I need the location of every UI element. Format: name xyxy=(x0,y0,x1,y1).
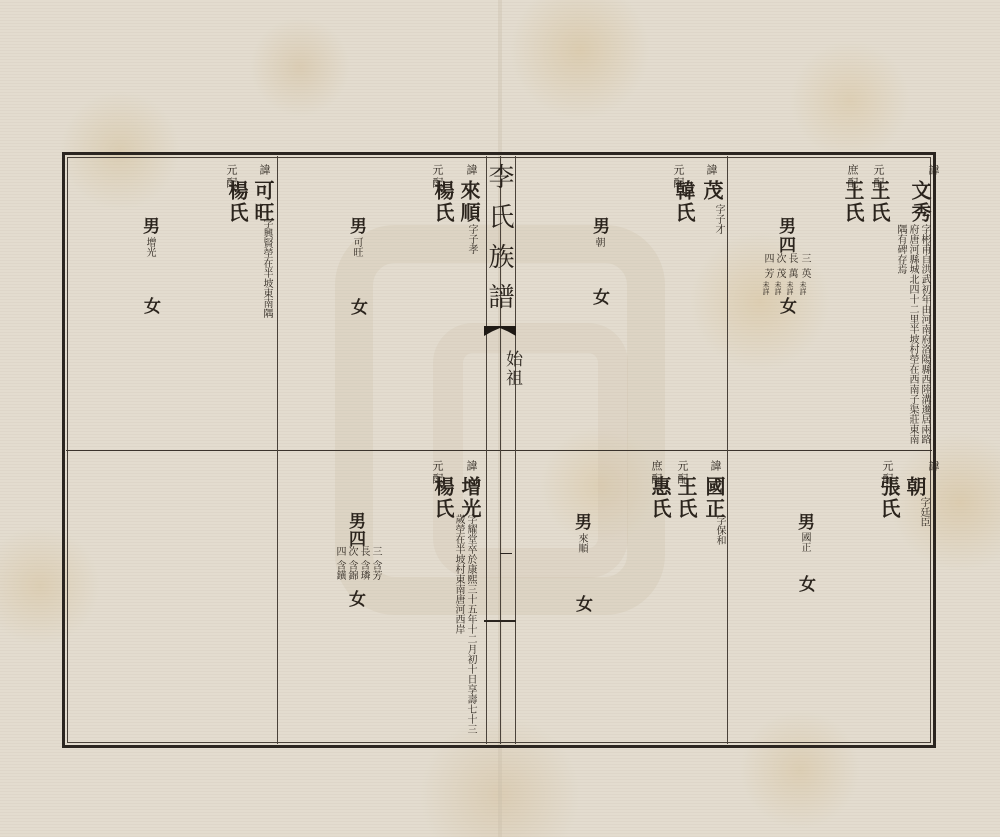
son-name: 含錦 xyxy=(346,560,356,580)
document-title: 李氏族譜 xyxy=(486,163,512,323)
spouse-name: 王氏 xyxy=(869,180,889,224)
person-note-col-1: 字彬甫自洪武初年由河南府洛陽縣西陸溝遷居兩路 xyxy=(919,224,929,444)
son-rank: 三 xyxy=(370,546,380,556)
hui-label: 諱 xyxy=(466,460,477,473)
sons-label: 男 xyxy=(140,217,157,234)
person-courtesy: 字廷臣 xyxy=(918,497,928,527)
son-name: 含芳 xyxy=(370,560,380,580)
spouse-name: 楊氏 xyxy=(433,180,453,224)
sons-label: 男 xyxy=(346,512,363,529)
spouse-name: 張氏 xyxy=(879,476,899,520)
hui-label: 諱 xyxy=(928,164,939,177)
son-rank: 次 xyxy=(774,253,784,263)
row-divider xyxy=(66,450,932,451)
son-name: 英 xyxy=(799,268,809,278)
son-name: 茂 xyxy=(774,268,784,278)
son-name: 朝 xyxy=(593,237,603,247)
person-note-col-2: 府唐河縣城北四十二里半坡村塋在西南子渠莊東南 xyxy=(907,224,917,444)
person-note-col-2: 歲塋在半坡村東南唐河西岸 xyxy=(453,514,463,634)
son-name: 國正 xyxy=(799,532,809,552)
son-note: 未詳 xyxy=(799,281,806,295)
person-note-col-3: 隅有碑存焉 xyxy=(895,224,905,274)
spouse-name: 韓氏 xyxy=(674,180,694,224)
sons-label: 男 xyxy=(776,217,793,234)
person-name: 朝 xyxy=(905,476,925,498)
person-courtesy: 字保和 xyxy=(714,515,724,545)
person-name: 來順 xyxy=(459,180,479,224)
son-note: 未詳 xyxy=(762,281,769,295)
son-rank: 長 xyxy=(786,253,796,263)
hui-label: 諱 xyxy=(466,164,477,177)
person-courtesy: 字子孝 xyxy=(466,224,476,254)
son-rank: 長 xyxy=(358,546,368,556)
daughters-label: 女 xyxy=(141,297,158,314)
person-courtesy: 字子才 xyxy=(713,204,723,234)
son-note: 未詳 xyxy=(774,281,781,295)
son-note: 未詳 xyxy=(786,281,793,295)
spouse-name: 楊氏 xyxy=(433,476,453,520)
son-name: 可旺 xyxy=(351,237,361,257)
page-bottom-rule xyxy=(484,620,516,622)
daughters-label: 女 xyxy=(348,298,365,315)
son-name: 來順 xyxy=(576,533,586,553)
hui-label: 諱 xyxy=(928,460,939,473)
sons-count: 四 xyxy=(776,236,793,253)
spouse-name: 王氏 xyxy=(676,476,696,520)
son-name: 芳 xyxy=(762,268,772,278)
son-name: 含璘 xyxy=(358,560,368,580)
person-note: 字興賢塋在半坡東南隅 xyxy=(261,218,271,318)
page-number-mark xyxy=(500,553,512,554)
person-name: 茂 xyxy=(702,180,722,202)
son-name: 萬 xyxy=(786,268,796,278)
sons-count: 四 xyxy=(346,530,363,547)
sons-label: 男 xyxy=(572,513,589,530)
son-rank: 四 xyxy=(762,253,772,263)
spouse-name: 王氏 xyxy=(843,180,863,224)
son-rank: 四 xyxy=(334,546,344,556)
center-column-right-edge xyxy=(515,156,516,744)
son-rank: 三 xyxy=(799,253,809,263)
column-divider-right xyxy=(727,156,728,744)
son-name: 增光 xyxy=(144,237,154,257)
sons-label: 男 xyxy=(795,513,812,530)
daughters-label: 女 xyxy=(573,595,590,612)
sons-label: 男 xyxy=(590,217,607,234)
spouse-name: 楊氏 xyxy=(227,180,247,224)
sons-label: 男 xyxy=(347,217,364,234)
daughters-label: 女 xyxy=(346,590,363,607)
person-note-col-1: 字耀堂卒於康熙三十五年十二月初十日享壽七十三 xyxy=(465,514,475,734)
son-name: 含鐄 xyxy=(334,560,344,580)
daughters-label: 女 xyxy=(590,288,607,305)
section-label: 始祖 xyxy=(503,350,520,388)
daughters-label: 女 xyxy=(777,297,794,314)
hui-label: 諱 xyxy=(710,460,721,473)
person-name: 文秀 xyxy=(910,180,930,224)
daughters-label: 女 xyxy=(796,575,813,592)
hui-label: 諱 xyxy=(706,164,717,177)
person-name: 國正 xyxy=(704,476,724,520)
hui-label: 諱 xyxy=(259,164,270,177)
son-rank: 次 xyxy=(346,546,356,556)
column-divider-left xyxy=(277,156,278,744)
spouse-name: 惠氏 xyxy=(650,476,670,520)
